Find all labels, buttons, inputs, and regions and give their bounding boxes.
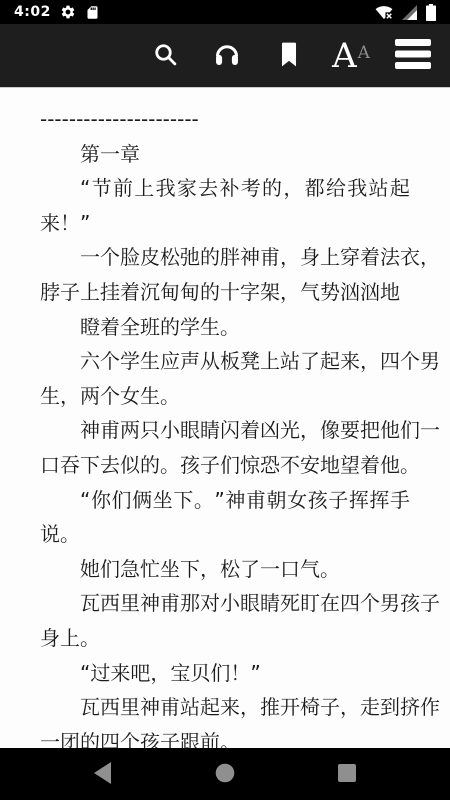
text-line: 来！” [40,206,410,241]
tts-audio-button[interactable] [196,24,258,88]
reader-toolbar: AA [0,24,450,88]
text-line: 瓦西里神甫那对小眼睛死盯在四个男孩子 [40,586,410,621]
text-line: 一个脸皮松弛的胖神甫，身上穿着法衣， [40,240,410,275]
clock: 4:02 [14,4,51,20]
text-line: 生，两个女生。 [40,379,410,414]
menu-icon [395,39,431,72]
settings-gear-icon [60,4,76,20]
sd-card-icon [85,5,100,20]
text-line: 瓦西里神甫站起来，推开椅子，走到挤作 [40,690,410,725]
font-size-icon: AA [332,39,370,73]
divider-line: ---------------------- [40,102,410,137]
text-line: 神甫两只小眼睛闪着凶光，像要把他们一 [40,413,410,448]
cellular-signal-icon [402,5,417,20]
back-button[interactable] [90,761,116,787]
search-button[interactable] [134,24,196,88]
text-line: “节前上我家去补考的，都给我站起 [40,171,410,206]
wifi-off-icon [375,4,393,20]
text-line: 身上。 [40,621,410,656]
headphones-icon [213,40,241,71]
status-bar: 4:02 [0,0,450,24]
text-line: 第一章 [40,137,410,172]
home-icon [215,763,235,786]
text-line: 瞪着全班的学生。 [40,310,410,345]
text-line: 口吞下去似的。孩子们惊恐不安地望着他。 [40,448,410,483]
android-nav-bar [0,748,450,800]
recents-button[interactable] [334,761,360,787]
screen: 4:02 [0,0,450,800]
font-settings-button[interactable]: AA [320,24,382,88]
text-line: 六个学生应声从板凳上站了起来，四个男 [40,344,410,379]
text-line: 脖子上挂着沉甸甸的十字架，气势汹汹地 [40,275,410,310]
battery-full-icon [426,4,436,21]
text-line: “过来吧，宝贝们！” [40,656,410,691]
recents-icon [338,764,356,785]
bookmark-button[interactable] [258,24,320,88]
text-line: 说。 [40,517,410,552]
back-icon [92,761,114,788]
search-icon [152,41,179,71]
bookmark-icon [276,41,302,71]
text-line: 她们急忙坐下，松了一口气。 [40,552,410,587]
text-line: “你们俩坐下。”神甫朝女孩子挥挥手 [40,483,410,518]
home-button[interactable] [212,761,238,787]
reading-area[interactable]: ----------------------第一章“节前上我家去补考的，都给我站… [0,88,450,800]
menu-button[interactable] [382,24,444,88]
